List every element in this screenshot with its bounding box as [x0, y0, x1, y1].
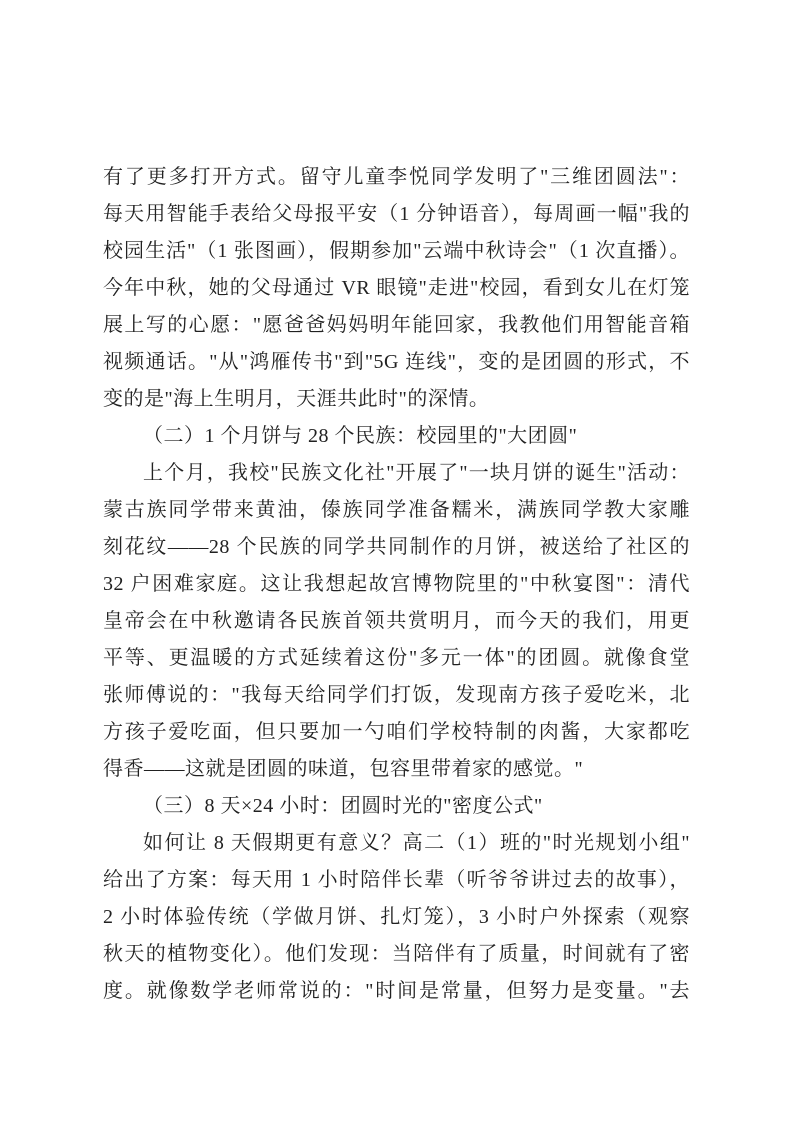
text-line: 上个月，我校"民族文化社"开展了"一块月饼的诞生"活动： [103, 455, 690, 492]
text-line: 蒙古族同学带来黄油，傣族同学准备糯米，满族同学教大家雕 [103, 492, 690, 529]
text-line: 秋天的植物变化）。他们发现：当陪伴有了质量，时间就有了密 [103, 936, 690, 973]
text-line: 如何让 8 天假期更有意义？高二（1）班的"时光规划小组" [103, 825, 690, 862]
text-line: 刻花纹——28 个民族的同学共同制作的月饼，被送给了社区的 [103, 529, 690, 566]
text-line: 32 户困难家庭。这让我想起故宫博物院里的"中秋宴图"：清代 [103, 566, 690, 603]
text-line: 展上写的心愿："愿爸爸妈妈明年能回家，我教他们用智能音箱 [103, 307, 690, 344]
text-line: 皇帝会在中秋邀请各民族首领共赏明月，而今天的我们，用更 [103, 603, 690, 640]
section-heading-line: （二）1 个月饼与 28 个民族：校园里的"大团圆" [103, 418, 690, 455]
text-line: 张师傅说的："我每天给同学们打饭，发现南方孩子爱吃米，北 [103, 677, 690, 714]
text-line: 得香——这就是团圆的味道，包容里带着家的感觉。" [103, 751, 690, 788]
section-heading-line: （三）8 天×24 小时：团圆时光的"密度公式" [103, 788, 690, 825]
text-line: 校园生活"（1 张图画），假期参加"云端中秋诗会"（1 次直播）。 [103, 233, 690, 270]
text-line: 方孩子爱吃面，但只要加一勺咱们学校特制的肉酱，大家都吃 [103, 714, 690, 751]
text-line: 变的是"海上生明月，天涯共此时"的深情。 [103, 381, 690, 418]
text-block: 有了更多打开方式。留守儿童李悦同学发明了"三维团圆法"：每天用智能手表给父母报平… [103, 159, 690, 1010]
text-line: 平等、更温暖的方式延续着这份"多元一体"的团圆。就像食堂 [103, 640, 690, 677]
text-line: 2 小时体验传统（学做月饼、扎灯笼），3 小时户外探索（观察 [103, 899, 690, 936]
text-line: 度。就像数学老师常说的："时间是常量，但努力是变量。"去 [103, 973, 690, 1010]
text-line: 视频通话。"从"鸿雁传书"到"5G 连线"，变的是团圆的形式，不 [103, 344, 690, 381]
text-line: 每天用智能手表给父母报平安（1 分钟语音），每周画一幅"我的 [103, 196, 690, 233]
text-line: 有了更多打开方式。留守儿童李悦同学发明了"三维团圆法"： [103, 159, 690, 196]
text-line: 给出了方案：每天用 1 小时陪伴长辈（听爷爷讲过去的故事）， [103, 862, 690, 899]
text-line: 今年中秋，她的父母通过 VR 眼镜"走进"校园，看到女儿在灯笼 [103, 270, 690, 307]
document-page: 有了更多打开方式。留守儿童李悦同学发明了"三维团圆法"：每天用智能手表给父母报平… [0, 0, 793, 1122]
